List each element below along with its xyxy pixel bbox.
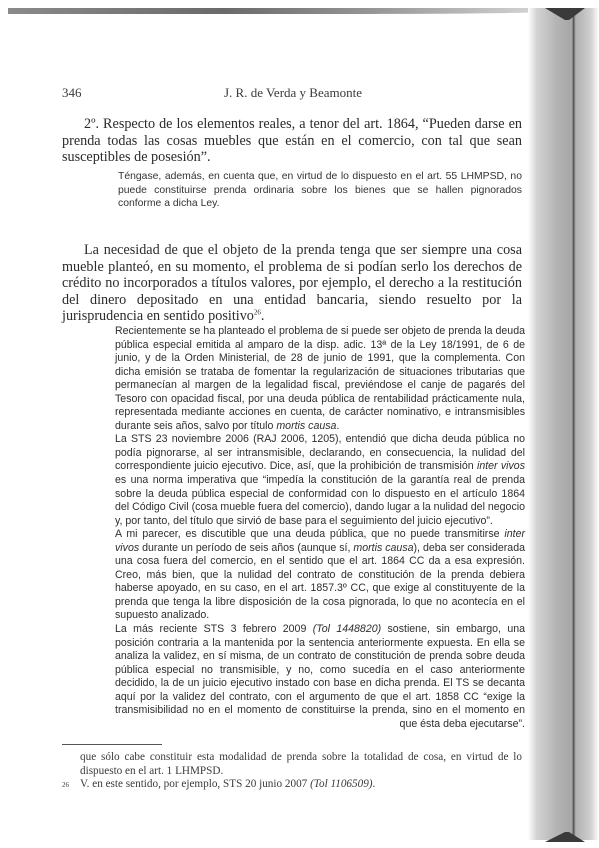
footnote-divider — [62, 744, 162, 745]
book-spine-shadow — [528, 8, 599, 840]
block-quote-1: Téngase, además, en cuenta que, en virtu… — [118, 170, 522, 211]
quote-paragraph: La más reciente STS 3 febrero 2009 (Tol … — [115, 623, 525, 731]
running-head: J. R. de Verda y Beamonte — [62, 85, 524, 101]
body-paragraph-2: La necesidad de que el objeto de la pren… — [62, 242, 522, 325]
page-header: 346 J. R. de Verda y Beamonte — [62, 85, 524, 103]
body-paragraph-1: 2º. Respecto de los elementos reales, a … — [62, 116, 522, 166]
footnote-reference[interactable]: 26 — [254, 308, 261, 316]
footnote-continuation: que sólo cabe constituir esta modalidad … — [62, 751, 522, 778]
quote-paragraph: Recientemente se ha planteado el problem… — [115, 325, 525, 433]
quote-paragraph: A mi parecer, es discutible que una deud… — [115, 528, 525, 623]
body-paragraph-2-text: La necesidad de que el objeto de la pren… — [62, 242, 522, 324]
block-quote-2: Recientemente se ha planteado el problem… — [115, 325, 525, 731]
page-top-edge-shadow — [8, 8, 548, 14]
footnotes: que sólo cabe constituir esta modalidad … — [62, 751, 522, 792]
quote-paragraph: La STS 23 noviembre 2006 (RAJ 2006, 1205… — [115, 433, 525, 528]
footnote-26: 26 V. en este sentido, por ejemplo, STS … — [62, 778, 522, 792]
footnote-number: 26 — [62, 779, 69, 793]
